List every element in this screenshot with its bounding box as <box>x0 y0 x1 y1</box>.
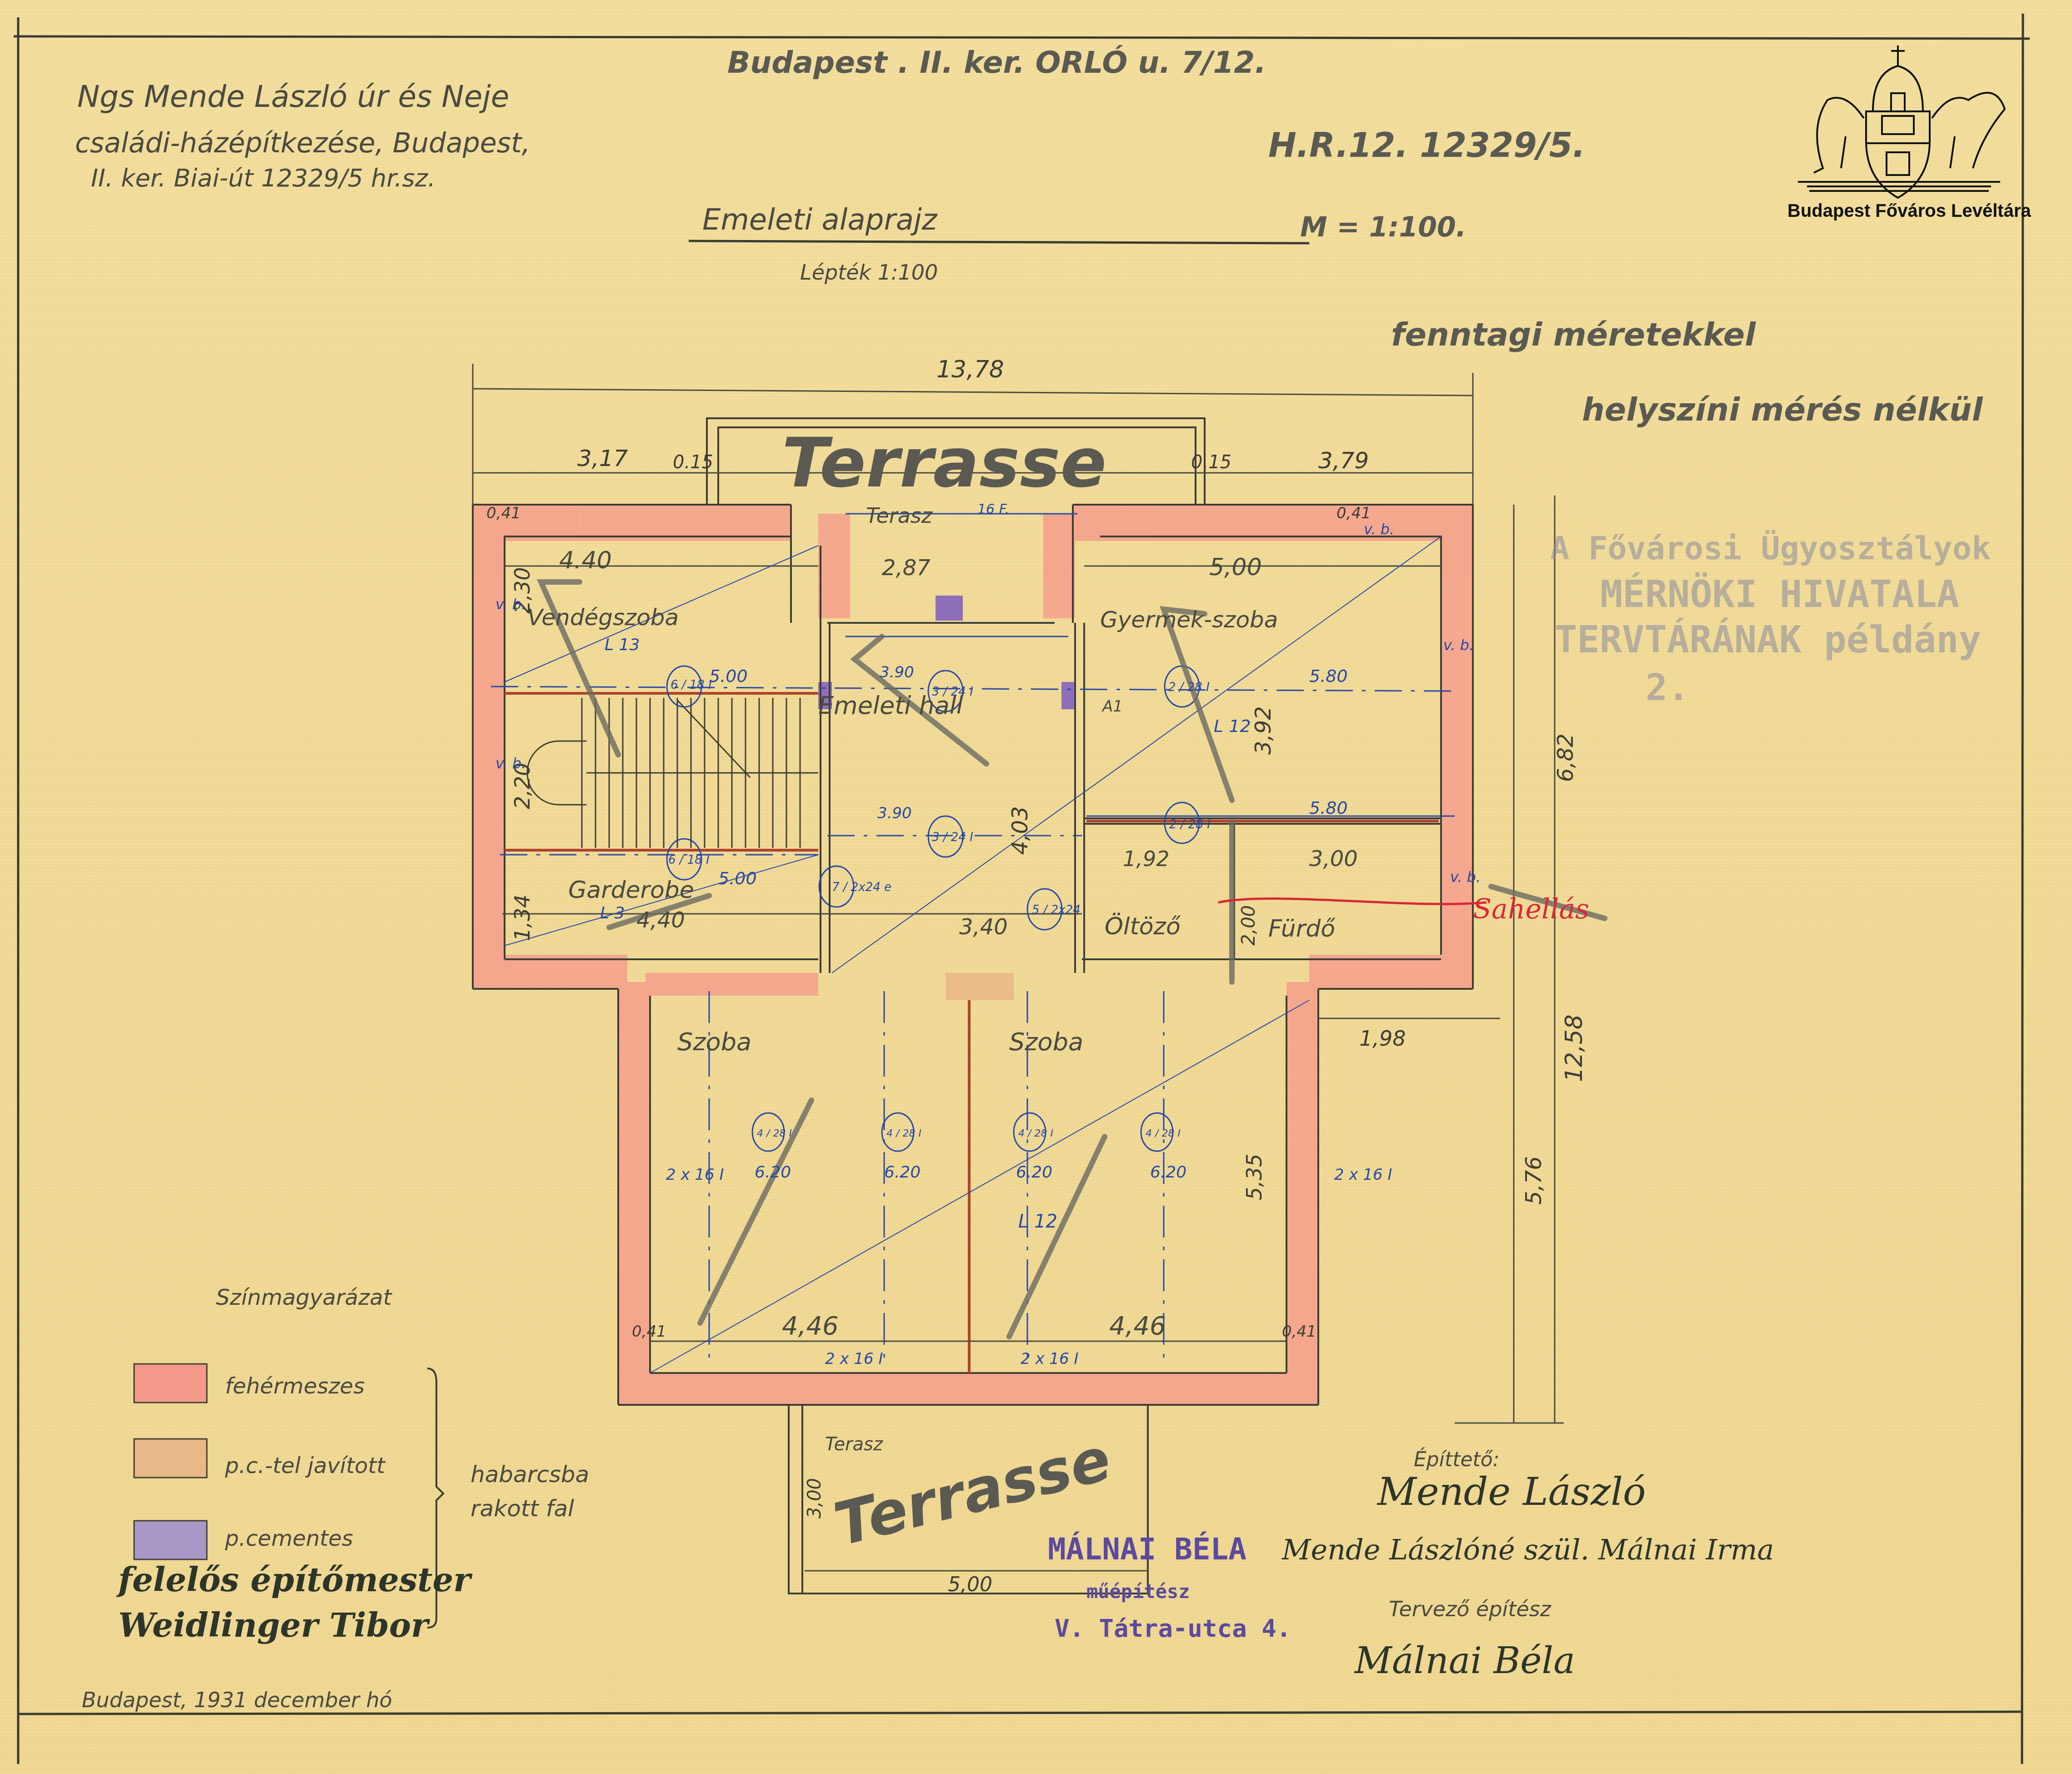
svg-text:4 / 28 I: 4 / 28 I <box>886 1128 921 1139</box>
svg-text:A Fővárosi Ügyosztályok: A Fővárosi Ügyosztályok <box>1550 530 1991 567</box>
room-label-garderobe: Garderobe <box>568 877 694 904</box>
svg-text:3,00: 3,00 <box>1309 846 1358 872</box>
dim-hall-bottom: 3,40 <box>959 914 1008 940</box>
svg-text:6 / 18 I: 6 / 18 I <box>668 853 710 867</box>
terrace-bottom-label: Terasz <box>825 1434 883 1455</box>
room-label-szoba-left: Szoba <box>677 1027 751 1056</box>
project-address: II. ker. Biai-út 12329/5 hr.sz. <box>91 164 435 192</box>
svg-text:3,92: 3,92 <box>1251 706 1276 755</box>
svg-text:5,00: 5,00 <box>1209 554 1262 581</box>
svg-text:L 3: L 3 <box>600 904 625 922</box>
svg-text:4,46: 4,46 <box>782 1311 839 1341</box>
room-label-furdo: Fürdő <box>1268 915 1336 942</box>
svg-text:MÉRNÖKI HIVATALA: MÉRNÖKI HIVATALA <box>1600 572 1959 616</box>
svg-text:A1: A1 <box>1101 697 1123 716</box>
svg-text:16 F.: 16 F. <box>977 501 1010 517</box>
dim-overall-depth: 12,58 <box>1561 1014 1588 1082</box>
supervisor-role: felelős építőmester <box>116 1560 473 1599</box>
svg-text:2 x 16 I: 2 x 16 I <box>1334 1166 1392 1184</box>
sheet-title: Emeleti alaprajz <box>702 203 938 237</box>
legend-label-whitewash: fehérmeszes <box>225 1373 365 1399</box>
svg-text:3 / 24 I: 3 / 24 I <box>932 685 973 699</box>
svg-text:v. b.: v. b. <box>495 755 526 772</box>
legend-label-cement: p.cementes <box>225 1526 353 1551</box>
scale-note: M = 1:100. <box>1300 211 1466 243</box>
room-label-oltozo: Öltöző <box>1105 912 1181 940</box>
svg-text:5 / 2x24: 5 / 2x24 <box>1032 903 1081 917</box>
architect-stamp: MÁLNAI BÉLA műépítész V. Tátra-utca 4. <box>1048 1531 1291 1643</box>
svg-text:2,00: 2,00 <box>1238 905 1259 946</box>
svg-text:4.40: 4.40 <box>559 547 612 574</box>
svg-text:3 / 24 I: 3 / 24 I <box>932 831 973 844</box>
terrace-top-label: Terasz <box>866 503 933 528</box>
scale-label: Lépték 1:100 <box>800 260 938 285</box>
address-note: Budapest . II. ker. ORLÓ u. 7/12. <box>727 45 1266 80</box>
svg-text:1,34: 1,34 <box>510 895 535 941</box>
svg-text:0.15: 0.15 <box>1191 452 1231 473</box>
legend-bracket-note-1: habarcsba <box>470 1461 589 1488</box>
svg-text:TERVTÁRÁNAK példány: TERVTÁRÁNAK példány <box>1555 617 1981 661</box>
svg-text:0.15: 0.15 <box>673 452 713 473</box>
archive-name: Budapest Főváros Levéltára <box>1787 201 2031 221</box>
builder-signature-line2: Mende Lászlóné szül. Málnai Irma <box>1281 1533 1774 1566</box>
project-title: családi-házépítkezése, Budapest, <box>75 127 531 159</box>
dim-lower-depth: 5,76 <box>1521 1156 1546 1205</box>
svg-text:6.20: 6.20 <box>1150 1163 1186 1182</box>
place-date: Budapest, 1931 december hó <box>82 1688 392 1712</box>
svg-text:7 / 2x24 e: 7 / 2x24 e <box>832 881 891 894</box>
svg-text:4,46: 4,46 <box>1109 1311 1166 1341</box>
svg-text:2 / 28 I: 2 / 28 I <box>1169 818 1211 832</box>
svg-text:5.00: 5.00 <box>718 868 757 888</box>
room-label-szoba-right: Szoba <box>1009 1027 1083 1056</box>
svg-text:v. b.: v. b. <box>495 596 526 613</box>
legend-title: Színmagyarázat <box>216 1285 393 1310</box>
builder-role: Építtető: <box>1414 1447 1500 1471</box>
room-label-vendegszoba: Vendégszoba <box>527 604 679 631</box>
terrace-top-pencil-label: Terrasse <box>782 424 1106 503</box>
svg-text:4 / 28 I: 4 / 28 I <box>757 1128 792 1139</box>
dim-upper-depth: 6,82 <box>1553 733 1578 782</box>
architect-signature: Málnai Béla <box>1354 1639 1575 1682</box>
pencil-note-line2: helyszíni mérés nélkül <box>1582 391 1983 428</box>
svg-text:műépítész: műépítész <box>1086 1580 1190 1603</box>
svg-text:4 / 28 I: 4 / 28 I <box>1146 1128 1181 1139</box>
svg-text:L 13: L 13 <box>605 636 640 654</box>
dim-bath-offset: 1,98 <box>1359 1026 1406 1051</box>
svg-text:5.80: 5.80 <box>1309 798 1348 818</box>
svg-text:5.80: 5.80 <box>1309 666 1348 686</box>
svg-text:6.20: 6.20 <box>755 1163 791 1182</box>
svg-text:4,03: 4,03 <box>1007 806 1033 855</box>
svg-text:5,35: 5,35 <box>1242 1154 1266 1200</box>
svg-text:2 x 16 I: 2 x 16 I <box>1021 1350 1078 1368</box>
client-name: Ngs Mende László úr és Neje <box>77 79 509 114</box>
dim-terrace-width: 5,00 <box>948 1573 992 1596</box>
svg-text:0,41: 0,41 <box>1336 504 1371 522</box>
svg-text:2 / 28 I: 2 / 28 I <box>1168 681 1210 694</box>
svg-text:V. Tátra-utca 4.: V. Tátra-utca 4. <box>1055 1614 1291 1643</box>
dim-right-offset: 3,79 <box>1318 447 1369 474</box>
svg-text:6.20: 6.20 <box>1016 1163 1052 1182</box>
architect-role: Tervező építész <box>1389 1597 1551 1621</box>
svg-text:6 / 18 I: 6 / 18 I <box>671 678 712 692</box>
text-layer: Ngs Mende László úr és Neje családi-házé… <box>0 0 2072 1774</box>
floor-plan-sheet: Ngs Mende László úr és Neje családi-házé… <box>0 0 2072 1774</box>
svg-text:3.90: 3.90 <box>877 804 912 822</box>
dim-left-offset: 3,17 <box>577 445 628 471</box>
svg-text:0,41: 0,41 <box>1282 1323 1316 1341</box>
dim-terrace-depth: 3,00 <box>804 1478 825 1518</box>
legend-label-repaired: p.c.-tel javított <box>225 1453 386 1478</box>
supervisor-signature: Weidlinger Tibor <box>118 1606 430 1644</box>
room-label-gyermekszoba: Gyermek-szoba <box>1100 606 1278 633</box>
svg-text:5.00: 5.00 <box>709 666 748 686</box>
svg-text:0,41: 0,41 <box>632 1323 666 1341</box>
pencil-note-line1: fenntagi méretekkel <box>1391 316 1756 353</box>
svg-text:2,87: 2,87 <box>882 555 931 581</box>
svg-text:1,92: 1,92 <box>1123 847 1169 871</box>
builder-signature: Mende László <box>1376 1469 1646 1514</box>
parcel-reference: H.R.12. 12329/5. <box>1268 126 1585 165</box>
svg-text:v. b.: v. b. <box>1364 521 1394 538</box>
svg-text:4 / 28 I: 4 / 28 I <box>1018 1128 1053 1139</box>
red-note: Sahellás <box>1473 893 1589 925</box>
svg-text:MÁLNAI BÉLA: MÁLNAI BÉLA <box>1048 1531 1246 1567</box>
svg-text:4,40: 4,40 <box>636 907 685 933</box>
svg-text:3.90: 3.90 <box>880 663 914 682</box>
svg-text:v. b.: v. b. <box>1443 636 1474 654</box>
svg-text:v. b.: v. b. <box>1450 868 1481 886</box>
svg-text:L 12: L 12 <box>1214 716 1251 736</box>
svg-text:2 x 16 I: 2 x 16 I <box>666 1166 724 1184</box>
svg-text:2 x 16 I: 2 x 16 I <box>825 1350 883 1368</box>
svg-text:L 12: L 12 <box>1018 1211 1057 1232</box>
registry-stamp: A Fővárosi Ügyosztályok MÉRNÖKI HIVATALA… <box>1550 530 1991 709</box>
dim-overall-width: 13,78 <box>936 356 1004 383</box>
svg-text:6.20: 6.20 <box>884 1163 921 1182</box>
legend-bracket-note-2: rakott fal <box>470 1495 574 1522</box>
svg-text:0,41: 0,41 <box>486 504 521 522</box>
svg-text:2.: 2. <box>1646 667 1689 709</box>
